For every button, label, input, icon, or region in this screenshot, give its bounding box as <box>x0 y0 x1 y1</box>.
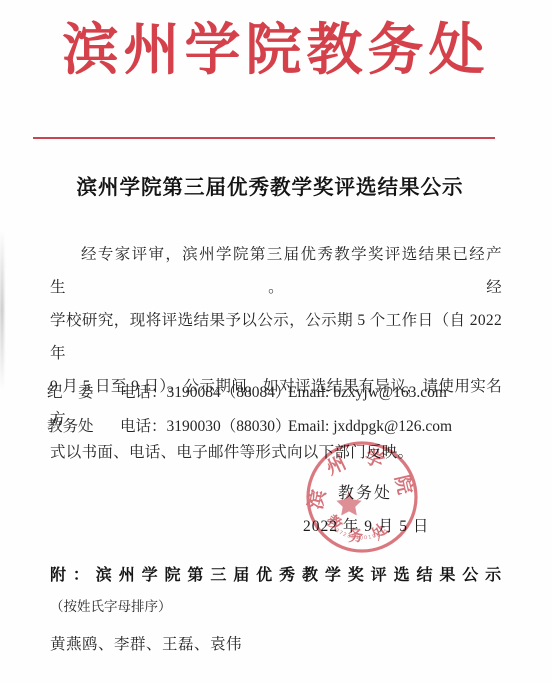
svg-text:滨州学院: 滨州学院 <box>304 444 421 511</box>
letterhead-divider-line <box>33 137 495 139</box>
seal-arc-text-top: 滨州学院 <box>304 444 421 511</box>
attachment-title: 附：滨州学院第三届优秀教学奖评选结果公示 <box>50 567 502 584</box>
contact-row-jiaowuchu: 教务处 电话：3190030（88030） Email: jxddpgk@126… <box>47 417 517 437</box>
contact-dept-label: 教务处 <box>47 417 120 437</box>
attachment-note: （按姓氏字母排序） <box>50 599 172 614</box>
contact-dept-label: 纪 委 <box>47 383 120 403</box>
seal-star <box>336 492 361 516</box>
attachment-line: 附：滨州学院第三届优秀教学奖评选结果公示（按姓氏字母排序） <box>50 560 502 622</box>
official-seal-stamp: 滨州学院 教务处 3723010019625 <box>303 439 425 559</box>
document-page: 滨州学院教务处 滨州学院第三届优秀教学奖评选结果公示 经专家评审，滨州学院第三届… <box>0 0 552 683</box>
contact-phone-value: 电话：3190030（88030） <box>120 417 288 437</box>
document-title: 滨州学院第三届优秀教学奖评选结果公示 <box>0 170 540 200</box>
contact-phone-value: 电话：3190084（88084） <box>120 383 288 403</box>
contact-row-jiwei: 纪 委 电话：3190084（88084） Email: bzxyjw@163.… <box>47 383 517 403</box>
body-line-1: 经专家评审，滨州学院第三届优秀教学奖评选结果已经产生。经 <box>50 238 502 304</box>
scan-edge-artifact <box>0 230 4 390</box>
contact-list: 纪 委 电话：3190084（88084） Email: bzxyjw@163.… <box>47 383 517 451</box>
contact-email-value: Email: bzxyjw@163.com <box>288 383 517 403</box>
awardee-names: 黄燕鸥、李群、王磊、袁伟 <box>50 632 502 654</box>
contact-email-value: Email: jxddpgk@126.com <box>288 417 517 437</box>
body-line-2: 学校研究，现将评选结果予以公示，公示期 5 个工作日（自 2022 年 <box>50 304 502 370</box>
letterhead-org-title: 滨州学院教务处 <box>0 6 552 86</box>
